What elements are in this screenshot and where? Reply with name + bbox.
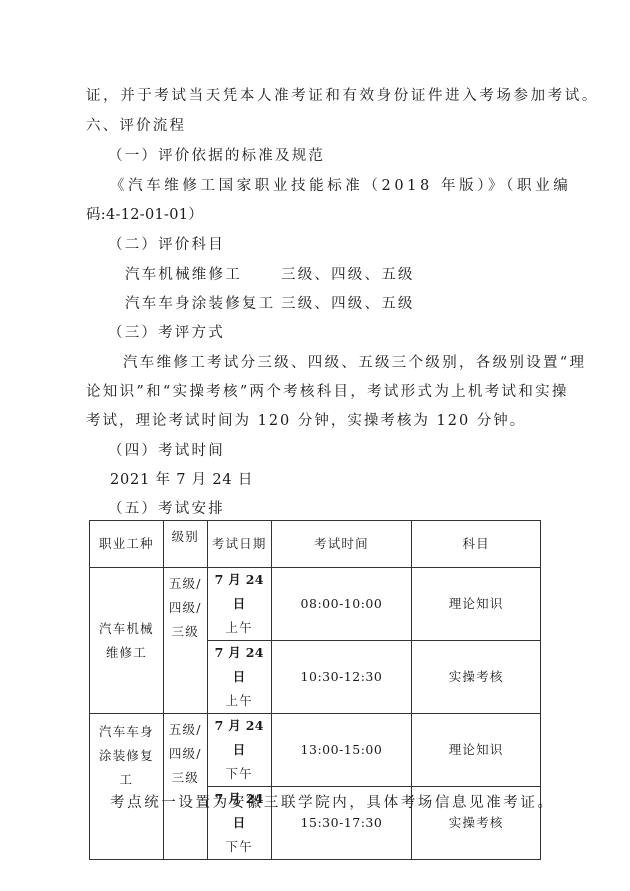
level-text: 三级 xyxy=(164,620,207,644)
subject-cell: 理论知识 xyxy=(412,714,541,787)
header-time: 考试时间 xyxy=(271,521,412,568)
time-cell: 10:30-12:30 xyxy=(271,641,412,714)
date-cell: 7 月 24 日 上午 xyxy=(207,568,271,641)
time-cell: 08:00-10:00 xyxy=(271,568,412,641)
header-subject: 科目 xyxy=(412,521,541,568)
period-text: 上午 xyxy=(208,616,271,640)
period-text: 下午 xyxy=(208,762,271,786)
occupation-text: 汽车车身 xyxy=(90,720,163,744)
subject-cell: 实操考核 xyxy=(412,641,541,714)
subject-name: 汽车车身涂装修复工 xyxy=(125,294,275,314)
footer-note: 考点统一设置为安徽三联学院内，具体考场信息见准考证。 xyxy=(110,793,555,813)
header-level: 级别 xyxy=(163,521,207,568)
subsection-heading: （一）评价依据的标准及规范 xyxy=(108,146,325,166)
paragraph-line: 《汽车维修工国家职业技能标准（2018 年版）》（职业编 xyxy=(110,176,571,196)
occupation-text: 涂装修复 xyxy=(90,744,163,768)
paragraph-line: 考试，理论考试时间为 120 分钟，实操考核为 120 分钟。 xyxy=(86,411,526,431)
paragraph-line: 证，并于考试当天凭本人准考证和有效身份证件进入考场参加考试。 xyxy=(86,86,599,106)
paragraph-line: 汽车维修工考试分三级、四级、五级三个级别，各级别设置“理 xyxy=(123,353,586,373)
date-text: 7 月 24 日 xyxy=(208,714,271,762)
occupation-text: 维修工 xyxy=(90,641,163,665)
date-cell: 7 月 24 日 上午 xyxy=(207,641,271,714)
paragraph-line: 码:4-12-01-01） xyxy=(86,205,203,225)
occupation-cell: 汽车车身 涂装修复 工 xyxy=(90,714,164,860)
period-text: 上午 xyxy=(208,689,271,713)
date-text: 7 月 24 日 xyxy=(208,641,271,689)
period-text: 下午 xyxy=(208,835,271,859)
level-text: 五级/ xyxy=(164,718,207,742)
subsection-heading: （三）考评方式 xyxy=(108,323,225,343)
table-row: 汽车车身 涂装修复 工 五级/ 四级/ 三级 7 月 24 日 下午 13:00… xyxy=(90,714,541,787)
occupation-text: 工 xyxy=(90,768,163,792)
subject-levels: 三级、四级、五级 xyxy=(281,294,415,314)
time-cell: 13:00-15:00 xyxy=(271,714,412,787)
header-date: 考试日期 xyxy=(207,521,271,568)
occupation-cell: 汽车机械 维修工 xyxy=(90,568,164,714)
date-cell: 7 月 24 日 下午 xyxy=(207,714,271,787)
section-heading: 六、评价流程 xyxy=(86,116,186,136)
subject-levels: 三级、四级、五级 xyxy=(281,265,415,285)
subject-name: 汽车机械维修工 xyxy=(125,265,242,285)
subsection-heading: （五）考试安排 xyxy=(108,499,225,519)
level-cell: 五级/ 四级/ 三级 xyxy=(163,568,207,714)
table-row: 汽车机械 维修工 五级/ 四级/ 三级 7 月 24 日 上午 08:00-10… xyxy=(90,568,541,641)
subsection-heading: （二）评价科目 xyxy=(108,235,225,255)
level-text: 三级 xyxy=(164,766,207,790)
header-occupation: 职业工种 xyxy=(90,521,164,568)
level-text: 四级/ xyxy=(164,596,207,620)
subsection-heading: （四）考试时间 xyxy=(108,441,225,461)
level-text: 四级/ xyxy=(164,742,207,766)
occupation-text: 汽车机械 xyxy=(90,617,163,641)
table-header-row: 职业工种 级别 考试日期 考试时间 科目 xyxy=(90,521,541,568)
level-text: 五级/ xyxy=(164,572,207,596)
level-cell: 五级/ 四级/ 三级 xyxy=(163,714,207,860)
date-text: 7 月 24 日 xyxy=(208,568,271,616)
subject-cell: 理论知识 xyxy=(412,568,541,641)
paragraph-line: 论知识”和“实操考核”两个考核科目，考试形式为上机考试和实操 xyxy=(86,382,569,402)
exam-date: 2021 年 7 月 24 日 xyxy=(110,470,253,490)
